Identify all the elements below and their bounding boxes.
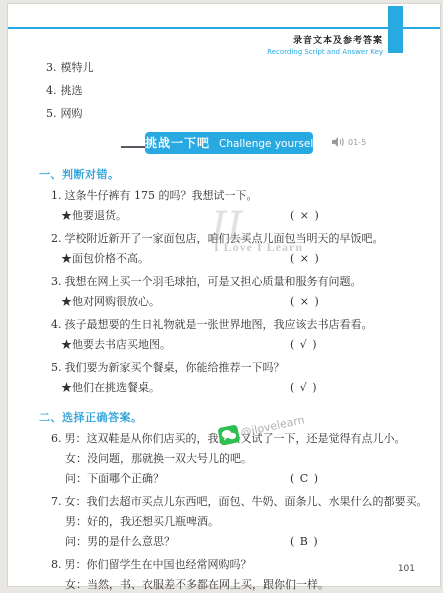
page-number: 101 [398, 564, 415, 574]
item-line: 4.孩子最想要的生日礼物就是一张世界地图，我应该去书店看看。 [39, 315, 435, 335]
dialogue-text: 男：你们留学生在中国也经常网购吗？ [65, 558, 252, 571]
item-statement-line: ★他要去书店买地图。( √ ) [39, 335, 435, 355]
section-heading-2: 二、选择正确答案。 [39, 410, 435, 426]
exercise-item-3: 3.我想在网上买一个羽毛球拍，可是又担心质量和服务有问题。 ★他对网购很放心。(… [39, 272, 435, 312]
item-number: 6. [51, 432, 62, 445]
exercise-item-2: 2.学校附近新开了一家面包店，咱们去买点儿面包当明天的早饭吧。 ★面包价格不高。… [39, 229, 435, 269]
challenge-banner: 挑战一下吧Challenge yourself [145, 132, 313, 154]
list-item-number: 5. [46, 107, 57, 120]
banner-title-en: Challenge yourself [219, 138, 317, 150]
statement-text: ★面包价格不高。 [61, 252, 149, 265]
dialogue-line: 男：好的，我还想买几瓶啤酒。 [39, 512, 435, 532]
item-number: 1. [51, 189, 62, 202]
item-number: 2. [51, 232, 62, 245]
answer-mark: ( C ) [290, 469, 319, 489]
item-statement-line: ★他要退货。( × ) [39, 206, 435, 226]
banner-tail-line [121, 146, 146, 148]
speaker-icon [332, 136, 345, 148]
item-number: 8. [51, 558, 62, 571]
item-number: 4. [51, 318, 62, 331]
item-line: 5.我们要为新家买个餐桌，你能给推荐一下吗？ [39, 358, 435, 378]
item-number: 5. [51, 361, 62, 374]
page-content: 3.模特儿 4.挑选 5.网购 挑战一下吧Challenge yourself … [39, 56, 435, 593]
list-item-text: 网购 [61, 107, 83, 120]
item-line: 8.男：你们留学生在中国也经常网购吗？ [39, 555, 435, 575]
item-line: 3.我想在网上买一个羽毛球拍，可是又担心质量和服务有问题。 [39, 272, 435, 292]
dialogue-text: 女：当然，书、衣服差不多都在网上买，跟你们一样。 [65, 578, 329, 591]
statement-text: ★他要退货。 [61, 209, 127, 222]
item-text: 学校附近新开了一家面包店，咱们去买点儿面包当明天的早饭吧。 [65, 232, 384, 245]
dialogue-text: 女：没问题，那就换一双大号儿的吧。 [65, 452, 252, 465]
list-item-number: 3. [46, 61, 57, 74]
item-text: 孩子最想要的生日礼物就是一张世界地图，我应该去书店看看。 [65, 318, 373, 331]
audio-track: 01-5 [332, 136, 366, 148]
item-text: 我想在网上买一个羽毛球拍，可是又担心质量和服务有问题。 [65, 275, 362, 288]
answer-mark: ( √ ) [290, 335, 318, 355]
audio-track-label: 01-5 [348, 138, 366, 147]
exercise-item-8: 8.男：你们留学生在中国也经常网购吗？ 女：当然，书、衣服差不多都在网上买，跟你… [39, 555, 435, 593]
banner-title-zh: 挑战一下吧 [145, 136, 210, 150]
item-line: 7.女：我们去超市买点儿东西吧，面包、牛奶、面条儿、水果什么的都要买。 [39, 492, 435, 512]
challenge-banner-row: 挑战一下吧Challenge yourself 01-5 [39, 131, 435, 155]
dialogue-line: 女：当然，书、衣服差不多都在网上买，跟你们一样。 [39, 575, 435, 593]
header-title-zh: 录音文本及参考答案 [267, 33, 383, 46]
item-text: 这条牛仔裤有 175 的吗？我想试一下。 [65, 189, 258, 202]
item-number: 7. [51, 495, 62, 508]
question-line: 问：男的是什么意思？( B ) [39, 532, 435, 552]
section-heading-1: 一、判断对错。 [39, 167, 435, 183]
item-line: 6.男：这双鞋是从你们店买的，我回去又试了一下，还是觉得有点儿小。 [39, 429, 435, 449]
statement-text: ★他对网购很放心。 [61, 295, 160, 308]
dialogue-text: 男：好的，我还想买几瓶啤酒。 [65, 515, 219, 528]
item-text: 我们要为新家买个餐桌，你能给推荐一下吗？ [65, 361, 285, 374]
item-statement-line: ★面包价格不高。( × ) [39, 249, 435, 269]
header-title-en: Recording Script and Answer Key [267, 48, 383, 56]
item-statement-line: ★他们在挑选餐桌。( √ ) [39, 378, 435, 398]
exercise-item-4: 4.孩子最想要的生日礼物就是一张世界地图，我应该去书店看看。 ★他要去书店买地图… [39, 315, 435, 355]
statement-text: ★他们在挑选餐桌。 [61, 381, 160, 394]
dialogue-text: 女：我们去超市买点儿东西吧，面包、牛奶、面条儿、水果什么的都要买。 [65, 495, 428, 508]
list-item: 3.模特儿 [46, 56, 435, 79]
statement-text: ★他要去书店买地图。 [61, 338, 171, 351]
exercise-item-1: 1.这条牛仔裤有 175 的吗？我想试一下。 ★他要退货。( × ) [39, 186, 435, 226]
answer-mark: ( √ ) [290, 378, 318, 398]
answer-mark: ( × ) [290, 206, 320, 226]
header-accent-bar [388, 6, 403, 53]
list-item-text: 挑选 [61, 84, 83, 97]
item-statement-line: ★他对网购很放心。( × ) [39, 292, 435, 312]
answer-mark: ( B ) [290, 532, 319, 552]
document-page: 录音文本及参考答案 Recording Script and Answer Ke… [7, 3, 441, 587]
dialogue-text: 男：这双鞋是从你们店买的，我回去又试了一下，还是觉得有点儿小。 [65, 432, 406, 445]
question-text: 问：下面哪个正确？ [65, 472, 164, 485]
list-item: 5.网购 [46, 102, 435, 125]
vocab-list: 3.模特儿 4.挑选 5.网购 [39, 56, 435, 125]
exercise-item-6: 6.男：这双鞋是从你们店买的，我回去又试了一下，还是觉得有点儿小。 女：没问题，… [39, 429, 435, 489]
question-line: 问：下面哪个正确？( C ) [39, 469, 435, 489]
question-text: 问：男的是什么意思？ [65, 535, 175, 548]
exercise-item-5: 5.我们要为新家买个餐桌，你能给推荐一下吗？ ★他们在挑选餐桌。( √ ) [39, 358, 435, 398]
answer-mark: ( × ) [290, 292, 320, 312]
answer-mark: ( × ) [290, 249, 320, 269]
list-item-number: 4. [46, 84, 57, 97]
header-rule [8, 27, 440, 29]
item-line: 2.学校附近新开了一家面包店，咱们去买点儿面包当明天的早饭吧。 [39, 229, 435, 249]
exercise-item-7: 7.女：我们去超市买点儿东西吧，面包、牛奶、面条儿、水果什么的都要买。 男：好的… [39, 492, 435, 552]
list-item: 4.挑选 [46, 79, 435, 102]
dialogue-line: 女：没问题，那就换一双大号儿的吧。 [39, 449, 435, 469]
item-line: 1.这条牛仔裤有 175 的吗？我想试一下。 [39, 186, 435, 206]
list-item-text: 模特儿 [61, 61, 94, 74]
page-header: 录音文本及参考答案 Recording Script and Answer Ke… [267, 33, 383, 56]
item-number: 3. [51, 275, 62, 288]
